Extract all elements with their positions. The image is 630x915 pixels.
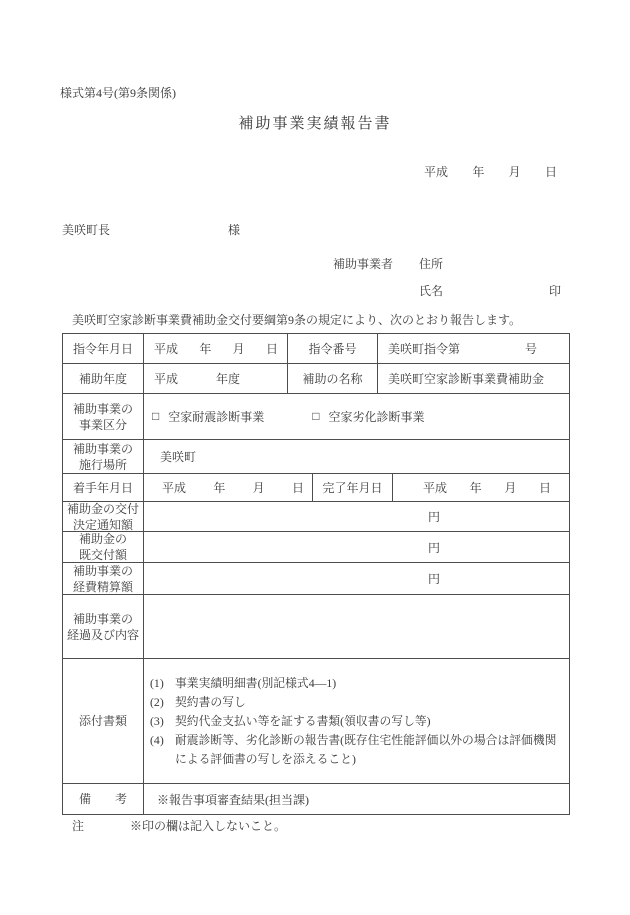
- attachment-2-number: (2): [150, 693, 175, 712]
- end-date-era: 平成: [423, 479, 447, 496]
- row-fiscal-year: 補助年度 平成 年度 補助の名称 美咲町空家診断事業費補助金: [63, 364, 569, 394]
- applicant-address-row: 補助事業者 住所: [333, 255, 573, 272]
- attachment-item-2: (2) 契約書の写し: [150, 693, 569, 712]
- fiscal-year-label: 補助年度: [79, 371, 127, 387]
- fiscal-year-era: 平成: [154, 370, 178, 387]
- intro-sentence: 美咲町空家診断事業費補助金交付要綱第9条の規定により、次のとおり報告します。: [72, 311, 521, 328]
- progress-label-line2: 経過及び内容: [67, 627, 139, 643]
- end-date-month: 月: [504, 479, 516, 496]
- paid-amount-label-line1: 補助金の: [79, 532, 127, 547]
- option-deterioration-diagnosis: □ 空家劣化診断事業: [312, 408, 424, 425]
- attachment-1-text: 事業実績明細書(別記様式4—1): [175, 674, 568, 693]
- row-progress: 補助事業の 経過及び内容: [63, 595, 569, 659]
- applicant-block: 補助事業者 住所 氏名 印: [333, 255, 573, 299]
- row-attachments: 添付書類 (1) 事業実績明細書(別記様式4—1) (2) 契約書の写し (3)…: [63, 659, 569, 784]
- cell-progress-value: [144, 595, 569, 658]
- start-date-era: 平成: [162, 479, 186, 496]
- directive-date-label: 指令年月日: [73, 341, 133, 357]
- settlement-amount-label-line1: 補助事業の: [73, 563, 133, 579]
- settlement-amount-unit: 円: [428, 570, 440, 587]
- checkbox-seismic-icon: □: [152, 409, 159, 424]
- subsidy-name-value: 美咲町空家診断事業費補助金: [388, 370, 544, 387]
- cell-remarks-value: ※報告事項審査結果(担当課): [144, 784, 569, 814]
- cell-subsidy-name-label: 補助の名称: [288, 364, 378, 393]
- cell-remarks-label: 備 考: [63, 784, 144, 814]
- cell-attachments-label: 添付書類: [63, 659, 144, 783]
- cell-directive-date-label: 指令年月日: [63, 334, 144, 363]
- directive-no-prefix: 美咲町指令第: [388, 340, 460, 357]
- attachment-3-number: (3): [150, 712, 175, 731]
- location-value: 美咲町: [160, 448, 196, 465]
- notified-amount-label-line2: 決定通知額: [73, 517, 133, 532]
- category-label-line1: 補助事業の: [73, 401, 133, 417]
- cell-directive-date-value: 平成 年 月 日: [144, 334, 288, 363]
- end-date-label: 完了年月日: [322, 480, 382, 496]
- cell-attachments-list: (1) 事業実績明細書(別記様式4—1) (2) 契約書の写し (3) 契約代金…: [144, 659, 569, 783]
- end-date-year: 年: [470, 479, 482, 496]
- fiscal-year-suffix: 年度: [216, 370, 240, 387]
- cell-fiscal-year-value: 平成 年度: [144, 364, 288, 393]
- addressee-honorific: 様: [228, 223, 240, 237]
- cell-notified-amount-label: 補助金の交付 決定通知額: [63, 502, 144, 531]
- row-directive: 指令年月日 平成 年 月 日 指令番号 美咲町指令第 号: [63, 334, 569, 364]
- date-day-label: 日: [545, 163, 557, 180]
- addressee-line: 美咲町長様: [62, 221, 240, 238]
- cell-directive-no-label: 指令番号: [288, 334, 378, 363]
- attachment-3-text: 契約代金支払い等を証する書類(領収書の写し等): [175, 712, 568, 731]
- remarks-label: 備 考: [79, 791, 127, 807]
- attachment-4-number: (4): [150, 731, 175, 750]
- cell-end-date-label: 完了年月日: [313, 474, 393, 501]
- directive-no-suffix: 号: [525, 340, 537, 357]
- cell-paid-amount-value: 円: [144, 532, 569, 562]
- attachment-item-4: (4) 耐震診断等、劣化診断の報告書(既存住宅性能評価以外の場合は評価機関による…: [150, 731, 569, 769]
- date-month-label: 月: [509, 163, 521, 180]
- footnote-label: 注: [72, 817, 84, 834]
- end-date-day: 日: [539, 479, 551, 496]
- row-settlement-amount: 補助事業の 経費精算額 円: [63, 563, 569, 595]
- notified-amount-unit: 円: [428, 508, 440, 525]
- start-date-day: 日: [292, 479, 304, 496]
- location-label-line1: 補助事業の: [73, 441, 133, 457]
- progress-label-line1: 補助事業の: [73, 611, 133, 627]
- cell-subsidy-name-value: 美咲町空家診断事業費補助金: [378, 364, 569, 393]
- applicant-name-label: 氏名: [419, 282, 443, 299]
- directive-date-year: 年: [199, 340, 211, 357]
- cell-paid-amount-label: 補助金の 既交付額: [63, 532, 144, 562]
- notified-amount-label-line1: 補助金の交付: [67, 502, 139, 517]
- option-deterioration-label: 空家劣化診断事業: [329, 408, 425, 425]
- row-category: 補助事業の 事業区分 □ 空家耐震診断事業 □ 空家劣化診断事業: [63, 394, 569, 440]
- cell-end-date-value: 平成 年 月 日: [393, 474, 569, 501]
- directive-no-label: 指令番号: [308, 341, 356, 357]
- cell-progress-label: 補助事業の 経過及び内容: [63, 595, 144, 658]
- option-seismic-label: 空家耐震診断事業: [168, 408, 264, 425]
- seal-mark: 印: [549, 282, 561, 299]
- directive-date-day: 日: [266, 340, 278, 357]
- date-era-label: 平成: [424, 163, 448, 180]
- document-page: 様式第4号(第9条関係) 補助事業実績報告書 平成 年 月 日 美咲町長様 補助…: [0, 0, 630, 915]
- cell-start-date-label: 着手年月日: [63, 474, 144, 501]
- attachment-item-3: (3) 契約代金支払い等を証する書類(領収書の写し等): [150, 712, 569, 731]
- attachment-1-number: (1): [150, 674, 175, 693]
- row-location: 補助事業の 施行場所 美咲町: [63, 440, 569, 474]
- cell-category-label: 補助事業の 事業区分: [63, 394, 144, 439]
- attachment-4-text: 耐震診断等、劣化診断の報告書(既存住宅性能評価以外の場合は評価機関による評価書の…: [175, 731, 568, 769]
- cell-settlement-amount-value: 円: [144, 563, 569, 594]
- row-remarks: 備 考 ※報告事項審査結果(担当課): [63, 784, 569, 814]
- start-date-label: 着手年月日: [73, 480, 133, 496]
- row-paid-amount: 補助金の 既交付額 円: [63, 532, 569, 563]
- document-date-line: 平成 年 月 日: [424, 163, 557, 180]
- start-date-year: 年: [213, 479, 225, 496]
- checkbox-deterioration-icon: □: [312, 409, 319, 424]
- applicant-label: 補助事業者: [333, 255, 393, 272]
- option-seismic-diagnosis: □ 空家耐震診断事業: [152, 408, 264, 425]
- paid-amount-unit: 円: [428, 539, 440, 556]
- footnote-text: ※印の欄は記入しないこと。: [130, 817, 286, 834]
- attachment-2-text: 契約書の写し: [175, 693, 568, 712]
- subsidy-name-label: 補助の名称: [302, 371, 362, 387]
- start-date-month: 月: [253, 479, 265, 496]
- cell-fiscal-year-label: 補助年度: [63, 364, 144, 393]
- cell-settlement-amount-label: 補助事業の 経費精算額: [63, 563, 144, 594]
- footnote: 注 ※印の欄は記入しないこと。: [72, 817, 286, 834]
- directive-date-era: 平成: [154, 340, 178, 357]
- report-table: 指令年月日 平成 年 月 日 指令番号 美咲町指令第 号 補助年度 平成: [62, 333, 570, 815]
- addressee-name: 美咲町長: [62, 223, 110, 237]
- cell-location-value: 美咲町: [144, 440, 569, 473]
- attachment-item-1: (1) 事業実績明細書(別記様式4—1): [150, 674, 569, 693]
- row-notified-amount: 補助金の交付 決定通知額 円: [63, 502, 569, 532]
- row-start-end-dates: 着手年月日 平成 年 月 日 完了年月日 平成 年 月 日: [63, 474, 569, 502]
- attachments-label: 添付書類: [79, 713, 127, 729]
- applicant-name-row: 氏名 印: [333, 282, 573, 299]
- cell-start-date-value: 平成 年 月 日: [144, 474, 313, 501]
- cell-notified-amount-value: 円: [144, 502, 569, 531]
- category-label-line2: 事業区分: [79, 417, 127, 433]
- cell-directive-no-value: 美咲町指令第 号: [378, 334, 569, 363]
- cell-location-label: 補助事業の 施行場所: [63, 440, 144, 473]
- page-title: 補助事業実績報告書: [0, 112, 630, 133]
- applicant-address-label: 住所: [419, 255, 443, 272]
- settlement-amount-label-line2: 経費精算額: [73, 579, 133, 595]
- date-year-label: 年: [472, 163, 484, 180]
- form-number: 様式第4号(第9条関係): [60, 84, 176, 101]
- cell-category-options: □ 空家耐震診断事業 □ 空家劣化診断事業: [144, 394, 569, 439]
- paid-amount-label-line2: 既交付額: [79, 547, 127, 562]
- location-label-line2: 施行場所: [79, 457, 127, 473]
- remarks-value: ※報告事項審査結果(担当課): [157, 791, 309, 808]
- directive-date-month: 月: [233, 340, 245, 357]
